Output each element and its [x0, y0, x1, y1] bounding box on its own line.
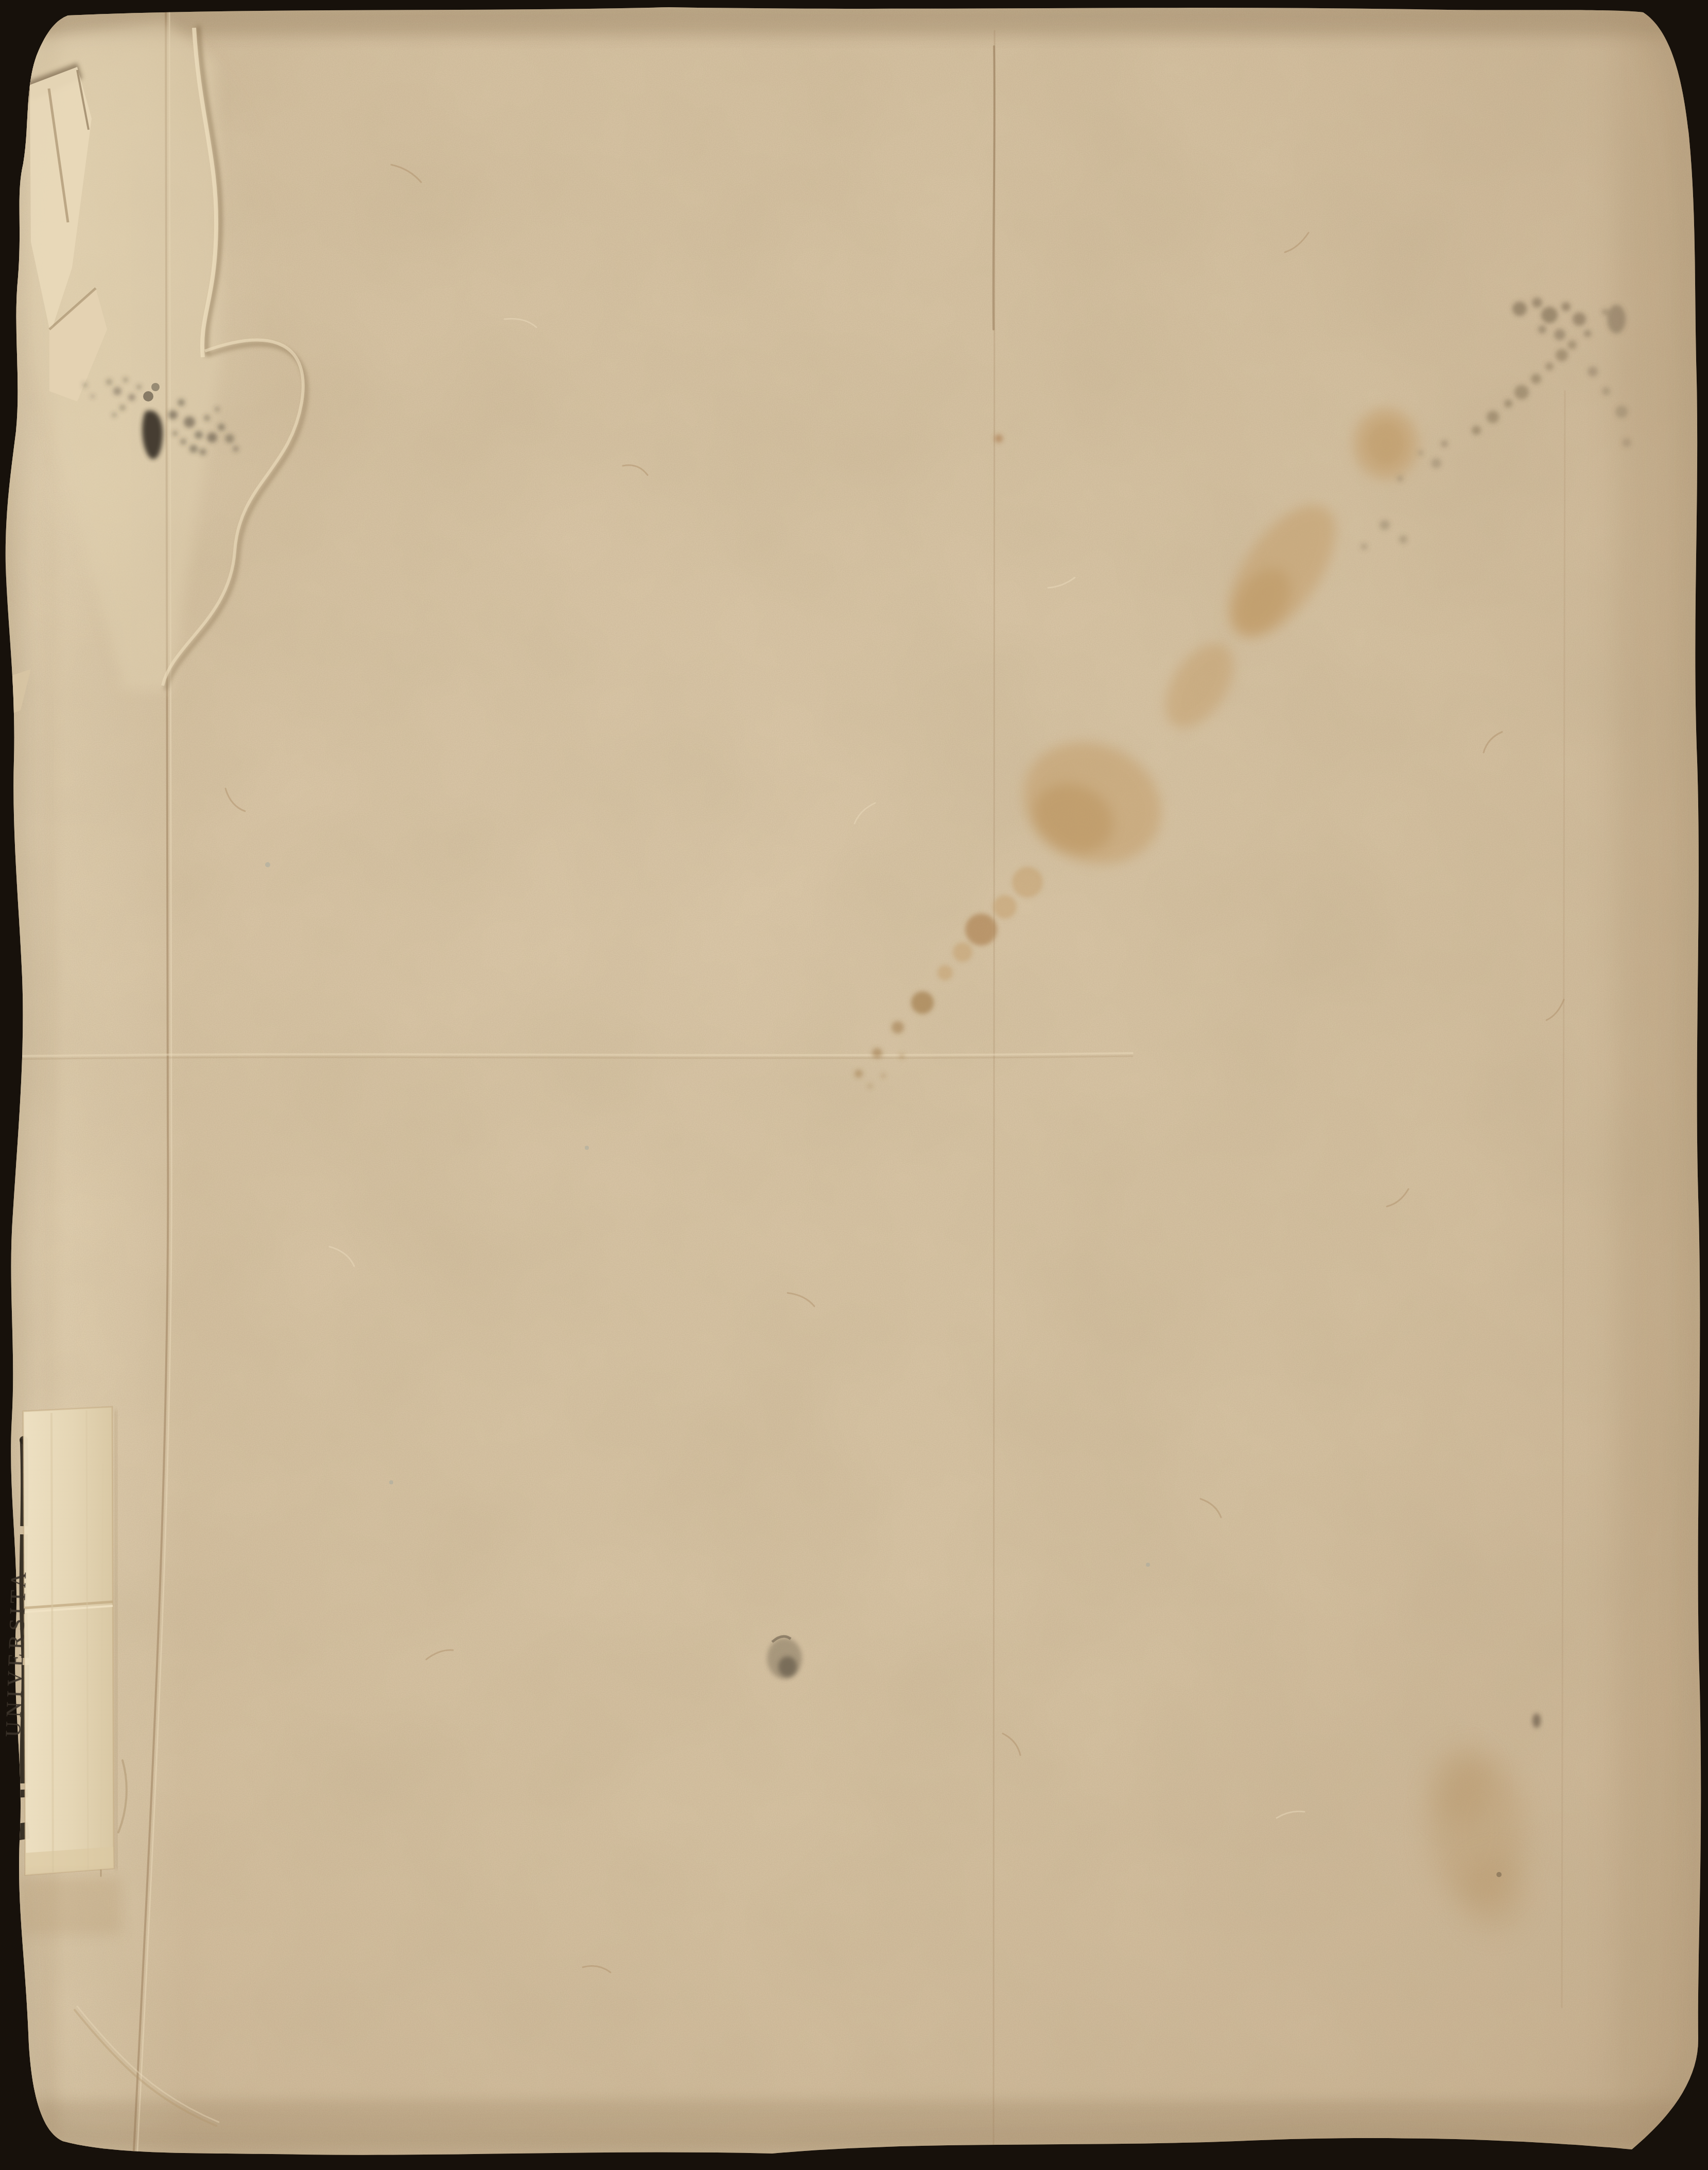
tape-strip: [21, 1407, 121, 1934]
book-cover-scan-art: [0, 0, 1708, 2170]
scanned-book-cover-page: UNIVERSITA: [0, 0, 1708, 2170]
tape-bottom-shadow: [21, 1878, 121, 1934]
